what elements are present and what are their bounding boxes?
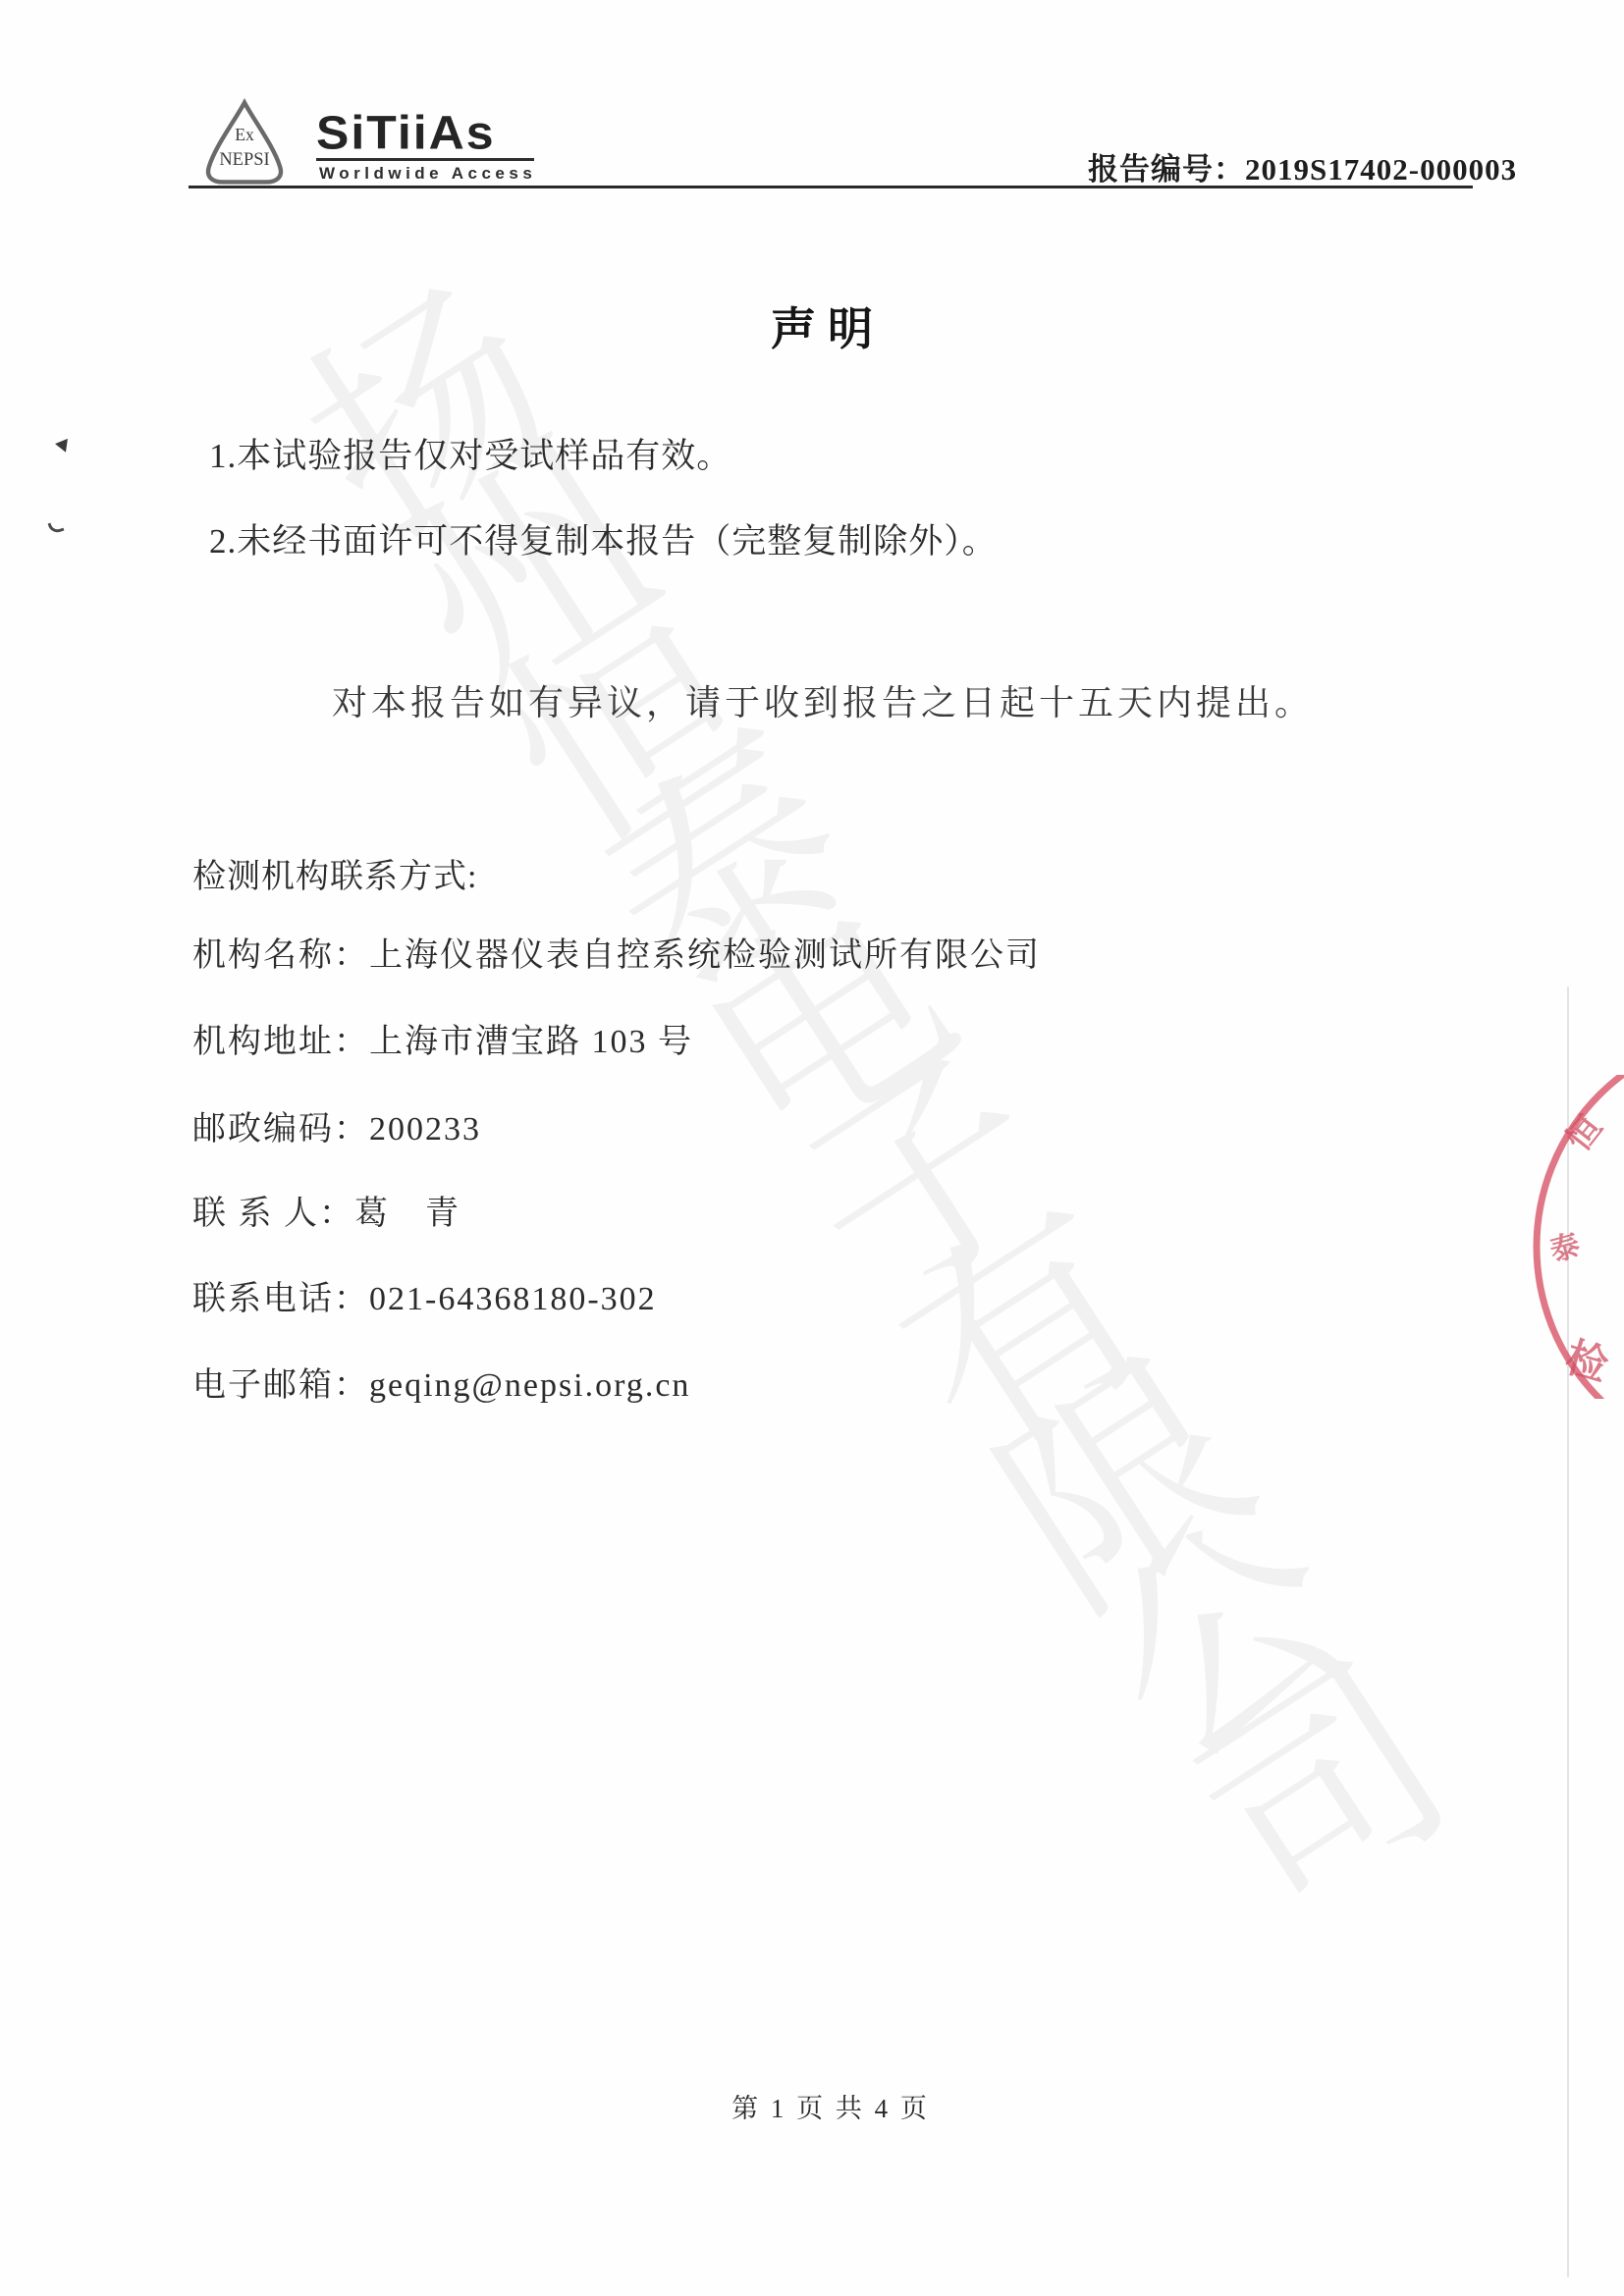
declaration-item-1: 1.本试验报告仅对受试样品有效。 xyxy=(209,429,731,478)
contact-line-postcode: 邮政编码：200233 xyxy=(192,1101,481,1149)
red-seal-arc-icon: 恒 泰 检 xyxy=(1526,1075,1624,1399)
contact-line-contact-person: 联 系 人：葛 青 xyxy=(192,1186,460,1234)
contact-heading: 检测机构联系方式: xyxy=(192,849,477,897)
declaration-item-2: 2.未经书面许可不得复制本报告（完整复制除外）。 xyxy=(209,514,998,563)
nepsi-ex-badge-icon: Ex NEPSI xyxy=(201,98,288,187)
page-number-footer: 第 1 页 共 4 页 xyxy=(731,2087,930,2125)
report-number-label: 报告编号： xyxy=(1088,152,1245,187)
company-watermark: 扬州恒泰电子有限公司 xyxy=(249,262,1435,1917)
seal-char-3: 检 xyxy=(1560,1334,1612,1390)
scanned-report-page: 扬州恒泰电子有限公司 Ex NEPSI SiTiiAs Worldwide Ac… xyxy=(0,0,1624,2296)
header-divider xyxy=(189,186,1473,188)
red-seal-partial: 恒 泰 检 xyxy=(1526,1075,1624,1399)
contact-line-address: 机构地址：上海市漕宝路 103 号 xyxy=(192,1014,693,1062)
badge-ex-text: Ex xyxy=(235,125,254,144)
report-number-value: 2019S17402-000003 xyxy=(1245,152,1517,187)
wordmark-tagline: Worldwide Access xyxy=(319,164,536,184)
seal-char-1: 恒 xyxy=(1559,1109,1609,1158)
badge-nepsi-text: NEPSI xyxy=(219,149,269,169)
wordmark-underline xyxy=(316,158,534,161)
contact-line-email: 电子邮箱：geqing@nepsi.org.cn xyxy=(192,1358,690,1406)
objection-notice: 对本报告如有异议，请于收到报告之日起十五天内提出。 xyxy=(332,675,1314,725)
report-number: 报告编号：2019S17402-000003 xyxy=(1088,144,1517,188)
seal-char-2: 泰 xyxy=(1546,1228,1584,1268)
contact-line-phone: 联系电话：021-64368180-302 xyxy=(192,1271,657,1319)
page-title: 声明 xyxy=(771,294,885,358)
scan-artifact-curl xyxy=(47,519,64,535)
sitiias-wordmark: SiTiiAs xyxy=(316,105,496,160)
contact-line-org-name: 机构名称：上海仪器仪表自控系统检验测试所有限公司 xyxy=(192,928,1041,976)
scan-artifact-triangle xyxy=(54,437,68,453)
